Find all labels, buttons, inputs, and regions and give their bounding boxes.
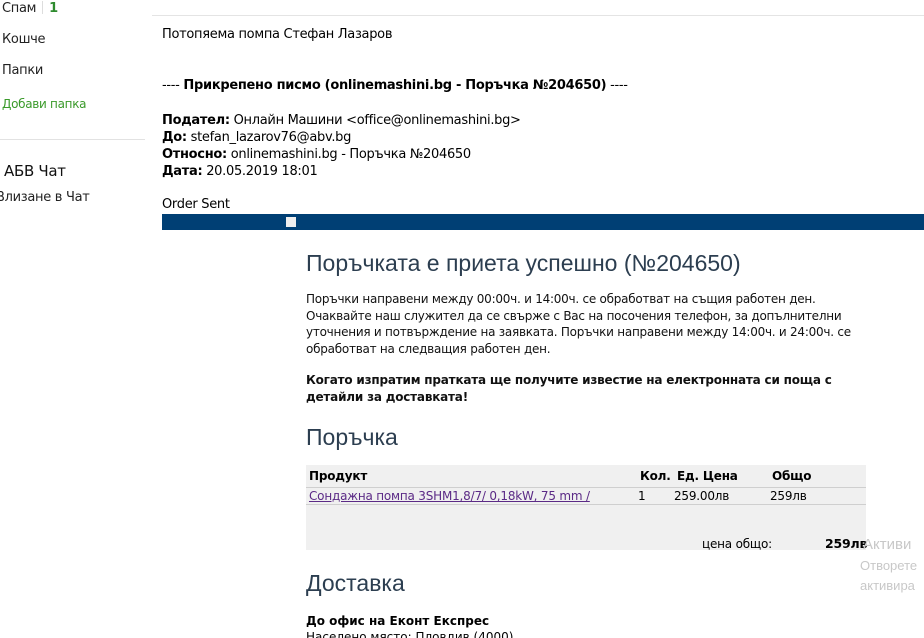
- column-unit-price: Ед. Цена: [677, 469, 738, 483]
- order-title: Поръчка: [306, 424, 398, 451]
- column-product: Продукт: [309, 469, 367, 483]
- delivery-title: Доставка: [306, 570, 405, 597]
- sidebar-item-label: Спам: [2, 1, 36, 16]
- success-title: Поръчката е приета успешно (№204650): [306, 250, 741, 277]
- activation-watermark-line: Отворете: [860, 558, 917, 573]
- order-sent-text: Order Sent: [162, 197, 230, 212]
- table-header: Продукт Кол. Ед. Цена Общо: [306, 465, 866, 488]
- header-to: До: stefan_lazarov76@abv.bg: [162, 129, 521, 146]
- cell-unit-price: 259.00лв: [674, 489, 729, 503]
- delivery-place: Населено място: Пловдив (4000): [306, 630, 513, 638]
- header-value: 20.05.2019 18:01: [206, 164, 317, 179]
- broken-image-icon: [286, 217, 296, 227]
- activation-watermark-title: Активи: [863, 536, 911, 553]
- chat-title: АБВ Чат: [4, 162, 66, 180]
- forward-prefix: ----: [162, 78, 180, 93]
- header-label: Дата:: [162, 164, 202, 179]
- activation-watermark-line: активира: [860, 578, 915, 593]
- forwarded-headers: Подател: Онлайн Машини <office@onlinemas…: [162, 112, 521, 180]
- column-qty: Кол.: [640, 469, 671, 483]
- header-label: Подател:: [162, 113, 230, 128]
- separator: [42, 1, 43, 14]
- sidebar-item-spam[interactable]: Спам1: [2, 1, 58, 16]
- header-from: Подател: Онлайн Машини <office@onlinemas…: [162, 112, 521, 129]
- header-label: До:: [162, 130, 187, 145]
- sum-value: 259лв: [825, 536, 867, 551]
- header-value: onlinemashini.bg - Поръчка №204650: [231, 147, 471, 162]
- forwarded-header: ---- Прикрепено писмо (onlinemashini.bg …: [162, 78, 628, 93]
- sidebar-divider: [0, 139, 145, 140]
- header-value: Онлайн Машини <office@onlinemashini.bg>: [234, 113, 521, 128]
- column-total: Общо: [772, 469, 811, 483]
- header-divider: [152, 15, 924, 16]
- add-folder-link[interactable]: Добави папка: [2, 97, 86, 111]
- header-label: Относно:: [162, 147, 227, 162]
- unread-count-badge: 1: [49, 1, 58, 16]
- sidebar: Спам1 Кошче Папки Добави папка АБВ Чат В…: [0, 0, 150, 638]
- header-subject: Относно: onlinemashini.bg - Поръчка №204…: [162, 146, 521, 163]
- email-banner-bar: [162, 214, 924, 230]
- forward-title: Прикрепено писмо (onlinemashini.bg - Пор…: [183, 78, 606, 93]
- sidebar-item-trash[interactable]: Кошче: [2, 32, 45, 47]
- header-date: Дата: 20.05.2019 18:01: [162, 163, 521, 180]
- cell-total: 259лв: [770, 489, 807, 503]
- mail-text-subject: Потопяема помпа Стефан Лазаров: [162, 27, 392, 42]
- processing-info: Поръчки направени между 00:00ч. и 14:00ч…: [306, 291, 851, 357]
- product-link[interactable]: Сондажна помпа 3SHM1,8/7/ 0,18kW, 75 mm …: [309, 489, 590, 503]
- order-table: Продукт Кол. Ед. Цена Общо Сондажна помп…: [306, 465, 866, 550]
- shipping-notice: Когато изпратим пратката ще получите изв…: [306, 372, 851, 405]
- chat-login-link[interactable]: Влизане в Чат: [0, 190, 90, 205]
- cell-qty: 1: [638, 489, 645, 503]
- header-value: stefan_lazarov76@abv.bg: [191, 130, 351, 145]
- table-row: Сондажна помпа 3SHM1,8/7/ 0,18kW, 75 mm …: [306, 488, 866, 505]
- sidebar-item-folders[interactable]: Папки: [2, 63, 43, 78]
- delivery-method: До офис на Еконт Експрес: [306, 614, 489, 628]
- forward-suffix: ----: [610, 78, 628, 93]
- sum-label: цена общо:: [702, 537, 772, 551]
